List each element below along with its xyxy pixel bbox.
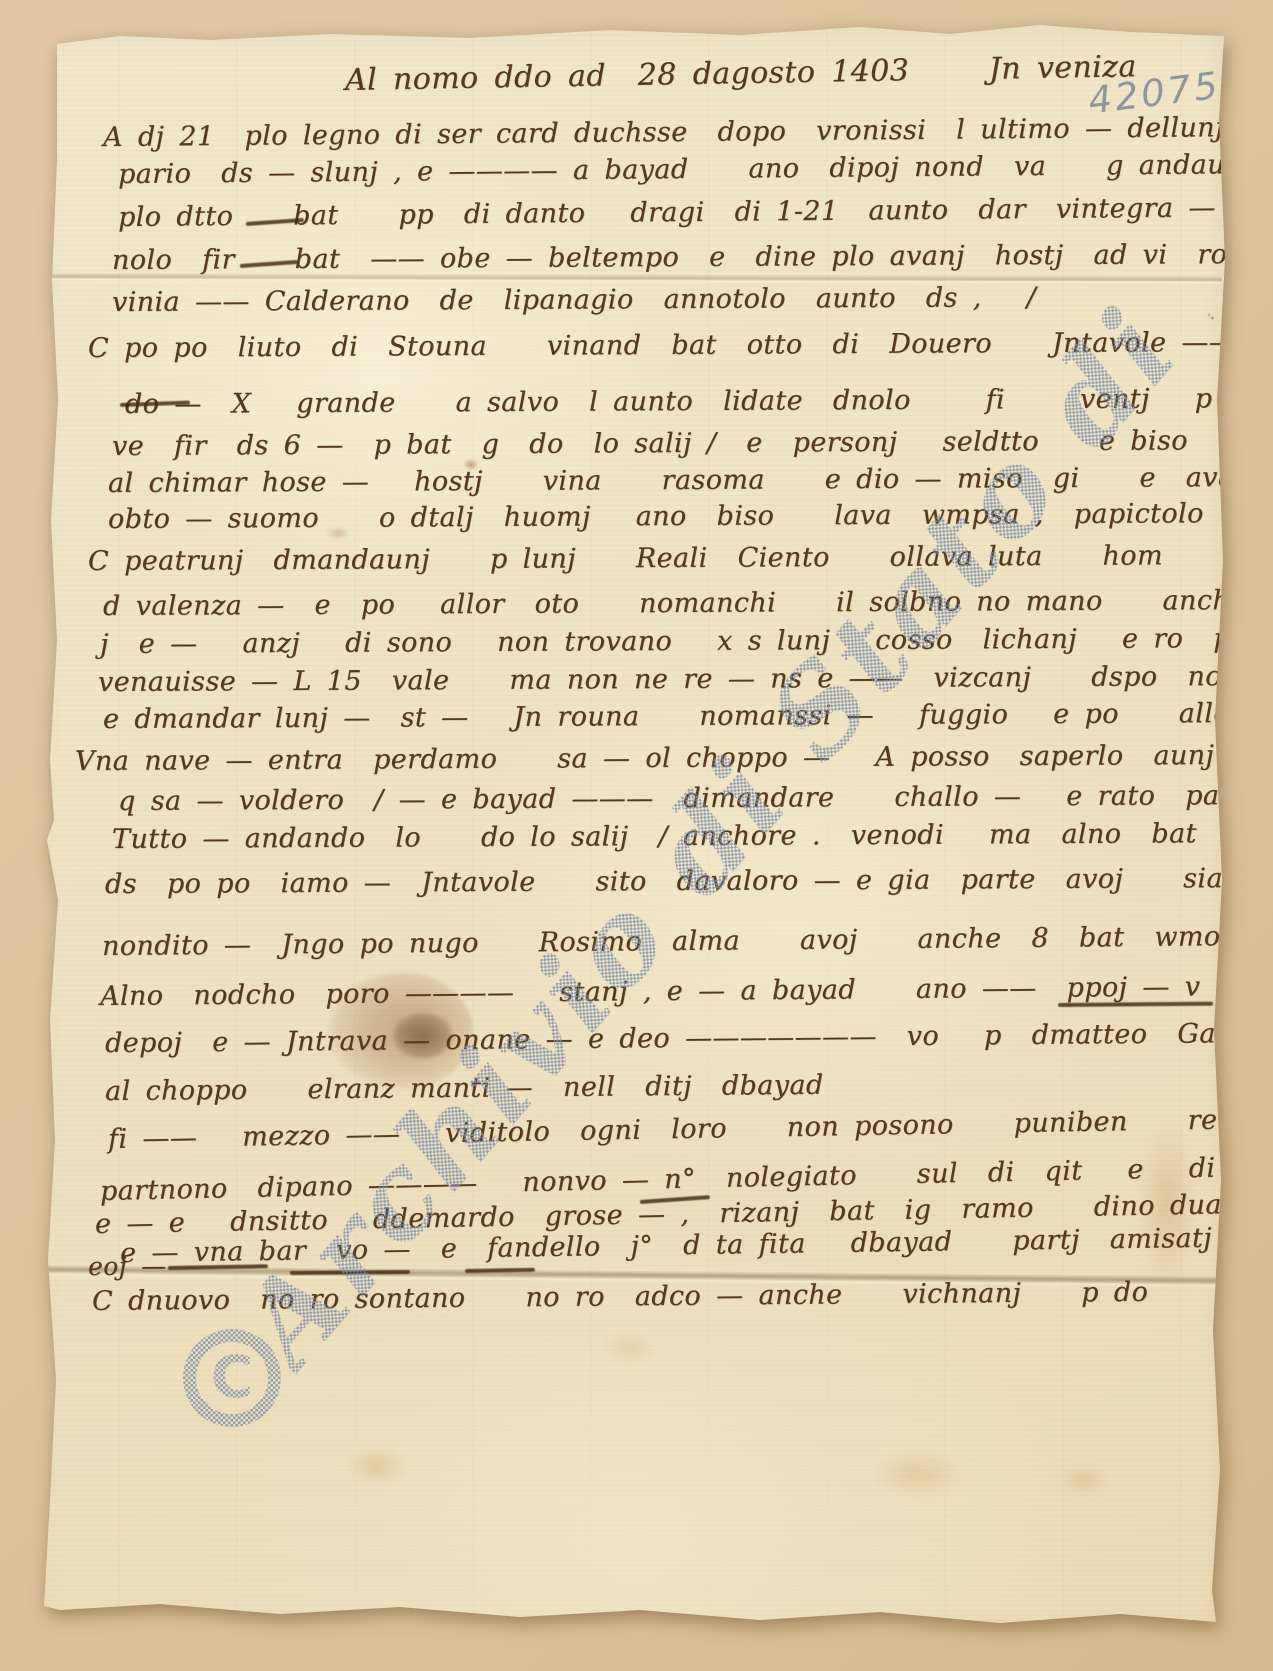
manuscript-line: pario ds — slunj , e ———— a bayad ano di… bbox=[118, 149, 1252, 190]
manuscript-line: d valenza — e po allor oto nomanchi il s… bbox=[103, 584, 1273, 622]
manuscript-line: al choppo elranz manti — nell ditj dbaya… bbox=[105, 1070, 824, 1107]
manuscript-line: nolo fir bat —— obe — beltempo e dine pl… bbox=[112, 239, 1273, 276]
manuscript-line: C po po liuto di Stouna vinand bat otto … bbox=[88, 327, 1273, 364]
copyright-icon: C bbox=[183, 1329, 281, 1427]
foxing-spot bbox=[1060, 1465, 1108, 1495]
paper-shadow-wrap: Al nomo ddo ad 28 dagosto 1403 Jn veniza… bbox=[0, 0, 1273, 1671]
foxing-spot bbox=[870, 1450, 965, 1498]
foxing-spot bbox=[600, 1330, 658, 1366]
manuscript-line: Vna nave — entra perdamo sa — ol choppo … bbox=[75, 739, 1273, 777]
manuscript-line: obto — suomo o dtalj huomj ano biso lava… bbox=[108, 498, 1273, 535]
ink-strikethrough bbox=[1058, 1002, 1213, 1007]
manuscript-line: fi —— mezzo —— viditolo ogni loro non po… bbox=[108, 1102, 1273, 1155]
foxing-spot bbox=[345, 1445, 409, 1487]
manuscript-line: depoj e — Jntrava — onane — e deo ——————… bbox=[105, 1017, 1273, 1059]
manuscript-line: Tutto — andando lo do lo salij / anchore… bbox=[112, 818, 1244, 855]
scanned-document: Al nomo ddo ad 28 dagosto 1403 Jn veniza… bbox=[0, 0, 1273, 1671]
manuscript-line: e dmandar lunj — st — Jn rouna nomanssi … bbox=[103, 697, 1273, 735]
manuscript-line: do — X grande a salvo l aunto lidate dno… bbox=[125, 383, 1273, 420]
manuscript-line: nondito — Jngo po nugo Rosimo alma avoj … bbox=[102, 920, 1273, 962]
manuscript-line: vinia —— Calderano de lipanagio annotolo… bbox=[112, 282, 1036, 318]
ink-strikethrough bbox=[168, 1264, 268, 1270]
manuscript-line: venauisse — L 15 vale ma non ne re — ns … bbox=[98, 660, 1273, 698]
ink-strikethrough bbox=[465, 1268, 535, 1273]
manuscript-line: j e — anzj di sono non trovano x s lunj … bbox=[100, 622, 1273, 660]
manuscript-line: plo dtto bat pp di danto dragi di 1-21 a… bbox=[118, 192, 1216, 233]
manuscript-line: q sa — voldero / — e bayad ——— dimandare… bbox=[118, 780, 1273, 817]
manuscript-page: Al nomo ddo ad 28 dagosto 1403 Jn veniza… bbox=[0, 0, 1273, 1671]
manuscript-line: C dnuovo no ro sontano no ro adco — anch… bbox=[92, 1277, 1148, 1317]
ink-strikethrough bbox=[290, 1270, 410, 1275]
manuscript-line: ve fir ds 6 — p bat g do lo salij / e pe… bbox=[112, 425, 1273, 462]
manuscript-line: al chimar hose — hostj vina rasoma e dio… bbox=[108, 462, 1273, 499]
manuscript-line: Al nomo ddo ad 28 dagosto 1403 Jn veniza bbox=[345, 49, 1137, 98]
manuscript-line: ds po po iamo — Jntavole sito davaloro —… bbox=[105, 863, 1273, 900]
copyright-letter: C bbox=[211, 1348, 254, 1406]
manuscript-line: C peatrunj dmandaunj p lunj Reali Ciento… bbox=[88, 539, 1273, 577]
manuscript-line: eoj — bbox=[88, 1251, 167, 1281]
